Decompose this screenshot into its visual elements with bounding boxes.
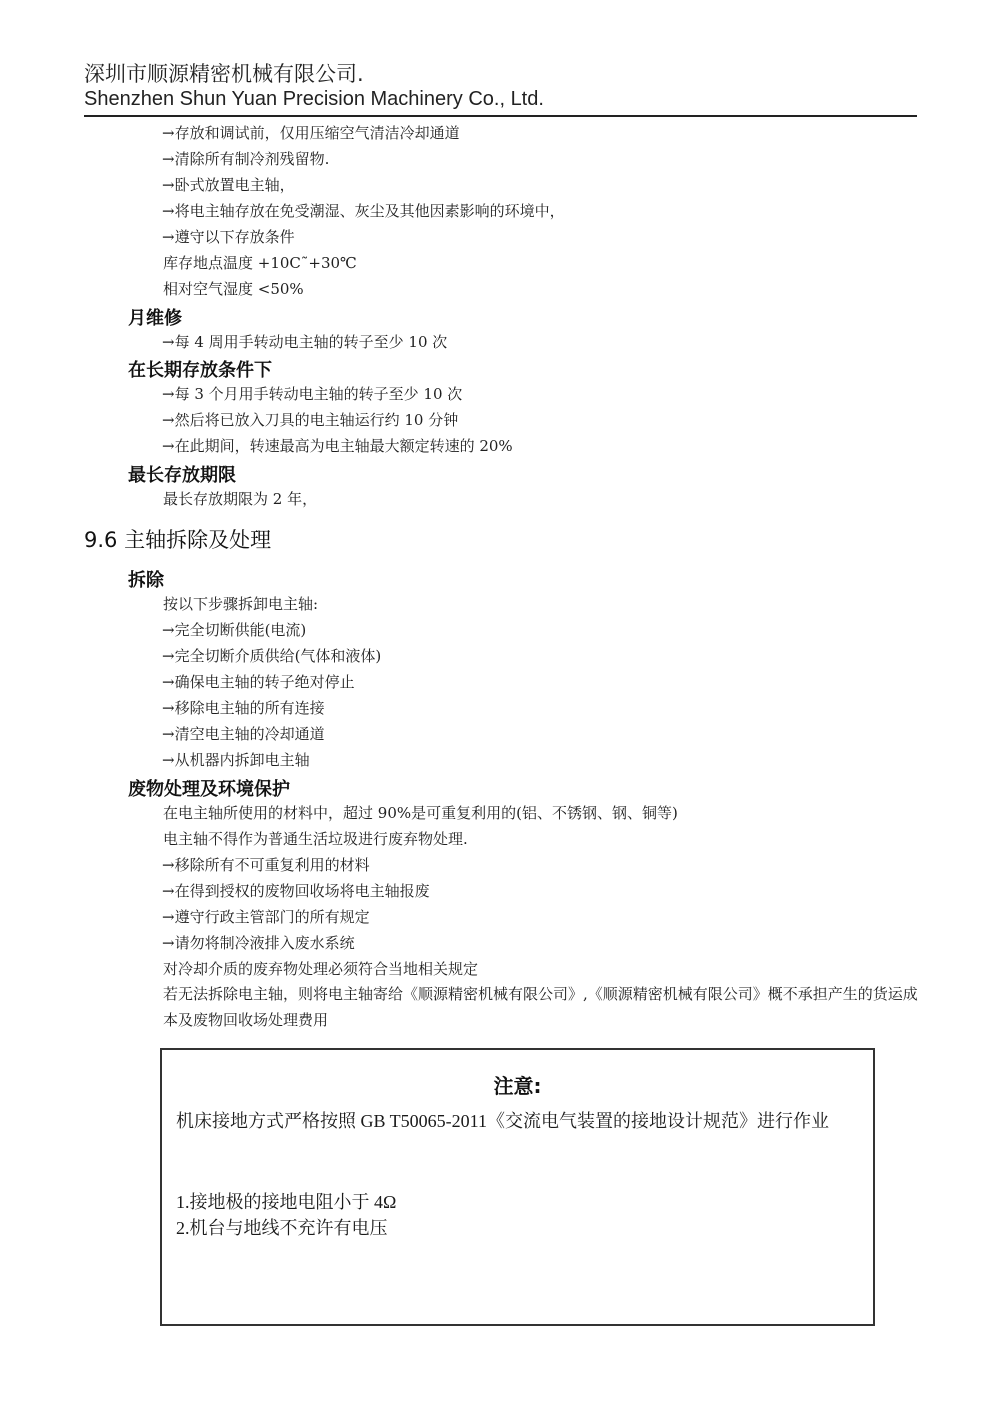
monthly-maintenance-heading: 月维修: [128, 304, 182, 330]
long-term-item: →然后将已放入刀具的电主轴运行约 10 分钟: [162, 409, 458, 430]
long-term-item: →每 3 个月用手转动电主轴的转子至少 10 次: [162, 383, 462, 404]
storage-humidity: 相对空气湿度 <50%: [163, 278, 304, 299]
removal-heading: 拆除: [128, 566, 164, 592]
max-storage-text: 最长存放期限为 2 年，: [163, 488, 317, 509]
removal-step: →完全切断供能(电流): [162, 619, 306, 640]
removal-step: →完全切断介质供给(气体和液体): [162, 645, 381, 666]
storage-temperature: 库存地点温度 +10C˜+30℃: [163, 252, 357, 273]
notice-item: 2.机台与地线不充许有电压: [176, 1214, 388, 1240]
storage-item: →清除所有制冷剂残留物.: [162, 148, 329, 169]
removal-step: →确保电主轴的转子绝对停止: [162, 671, 355, 692]
header-divider: [84, 115, 917, 117]
long-term-storage-heading: 在长期存放条件下: [128, 356, 272, 382]
section-title: 9.6 主轴拆除及处理: [84, 524, 271, 554]
notice-item: 1.接地极的接地电阻小于 4Ω: [176, 1188, 396, 1214]
disposal-line: →移除所有不可重复利用的材料: [162, 854, 370, 875]
notice-box: 注意: 机床接地方式严格按照 GB T50065-2011《交流电气装置的接地设…: [160, 1048, 875, 1326]
removal-step: →移除电主轴的所有连接: [162, 697, 325, 718]
max-storage-heading: 最长存放期限: [128, 461, 236, 487]
disposal-line: 对冷却介质的废弃物处理必须符合当地相关规定: [163, 958, 478, 979]
long-term-item: →在此期间，转速最高为电主轴最大额定转速的 20%: [162, 435, 513, 456]
disposal-line: →在得到授权的废物回收场将电主轴报废: [162, 880, 430, 901]
storage-item: →将电主轴存放在免受潮湿、灰尘及其他因素影响的环境中，: [162, 200, 565, 221]
disposal-line: 电主轴不得作为普通生活垃圾进行废弃物处理.: [163, 828, 468, 849]
storage-item: →存放和调试前，仅用压缩空气清洁冷却通道: [162, 122, 460, 143]
company-name-english: Shenzhen Shun Yuan Precision Machinery C…: [84, 88, 544, 111]
removal-step: →清空电主轴的冷却通道: [162, 723, 325, 744]
storage-item: →遵守以下存放条件: [162, 226, 295, 247]
storage-item: →卧式放置电主轴，: [162, 174, 295, 195]
removal-step: →从机器内拆卸电主轴: [162, 749, 310, 770]
disposal-final-paragraph: 若无法拆除电主轴，则将电主轴寄给《顺源精密机械有限公司》,《顺源精密机械有限公司…: [163, 981, 923, 1033]
monthly-item: →每 4 周用手转动电主轴的转子至少 10 次: [162, 331, 447, 352]
disposal-line: 在电主轴所使用的材料中，超过 90%是可重复利用的(铝、不锈钢、钢、铜等): [163, 802, 678, 823]
company-name-chinese: 深圳市顺源精密机械有限公司.: [84, 58, 364, 88]
disposal-line: →请勿将制冷液排入废水系统: [162, 932, 355, 953]
notice-title: 注意:: [162, 1070, 873, 1099]
disposal-heading: 废物处理及环境保护: [128, 775, 290, 801]
removal-intro: 按以下步骤拆卸电主轴:: [163, 593, 318, 614]
notice-body: 机床接地方式严格按照 GB T50065-2011《交流电气装置的接地设计规范》…: [176, 1108, 861, 1135]
disposal-line: →遵守行政主管部门的所有规定: [162, 906, 370, 927]
